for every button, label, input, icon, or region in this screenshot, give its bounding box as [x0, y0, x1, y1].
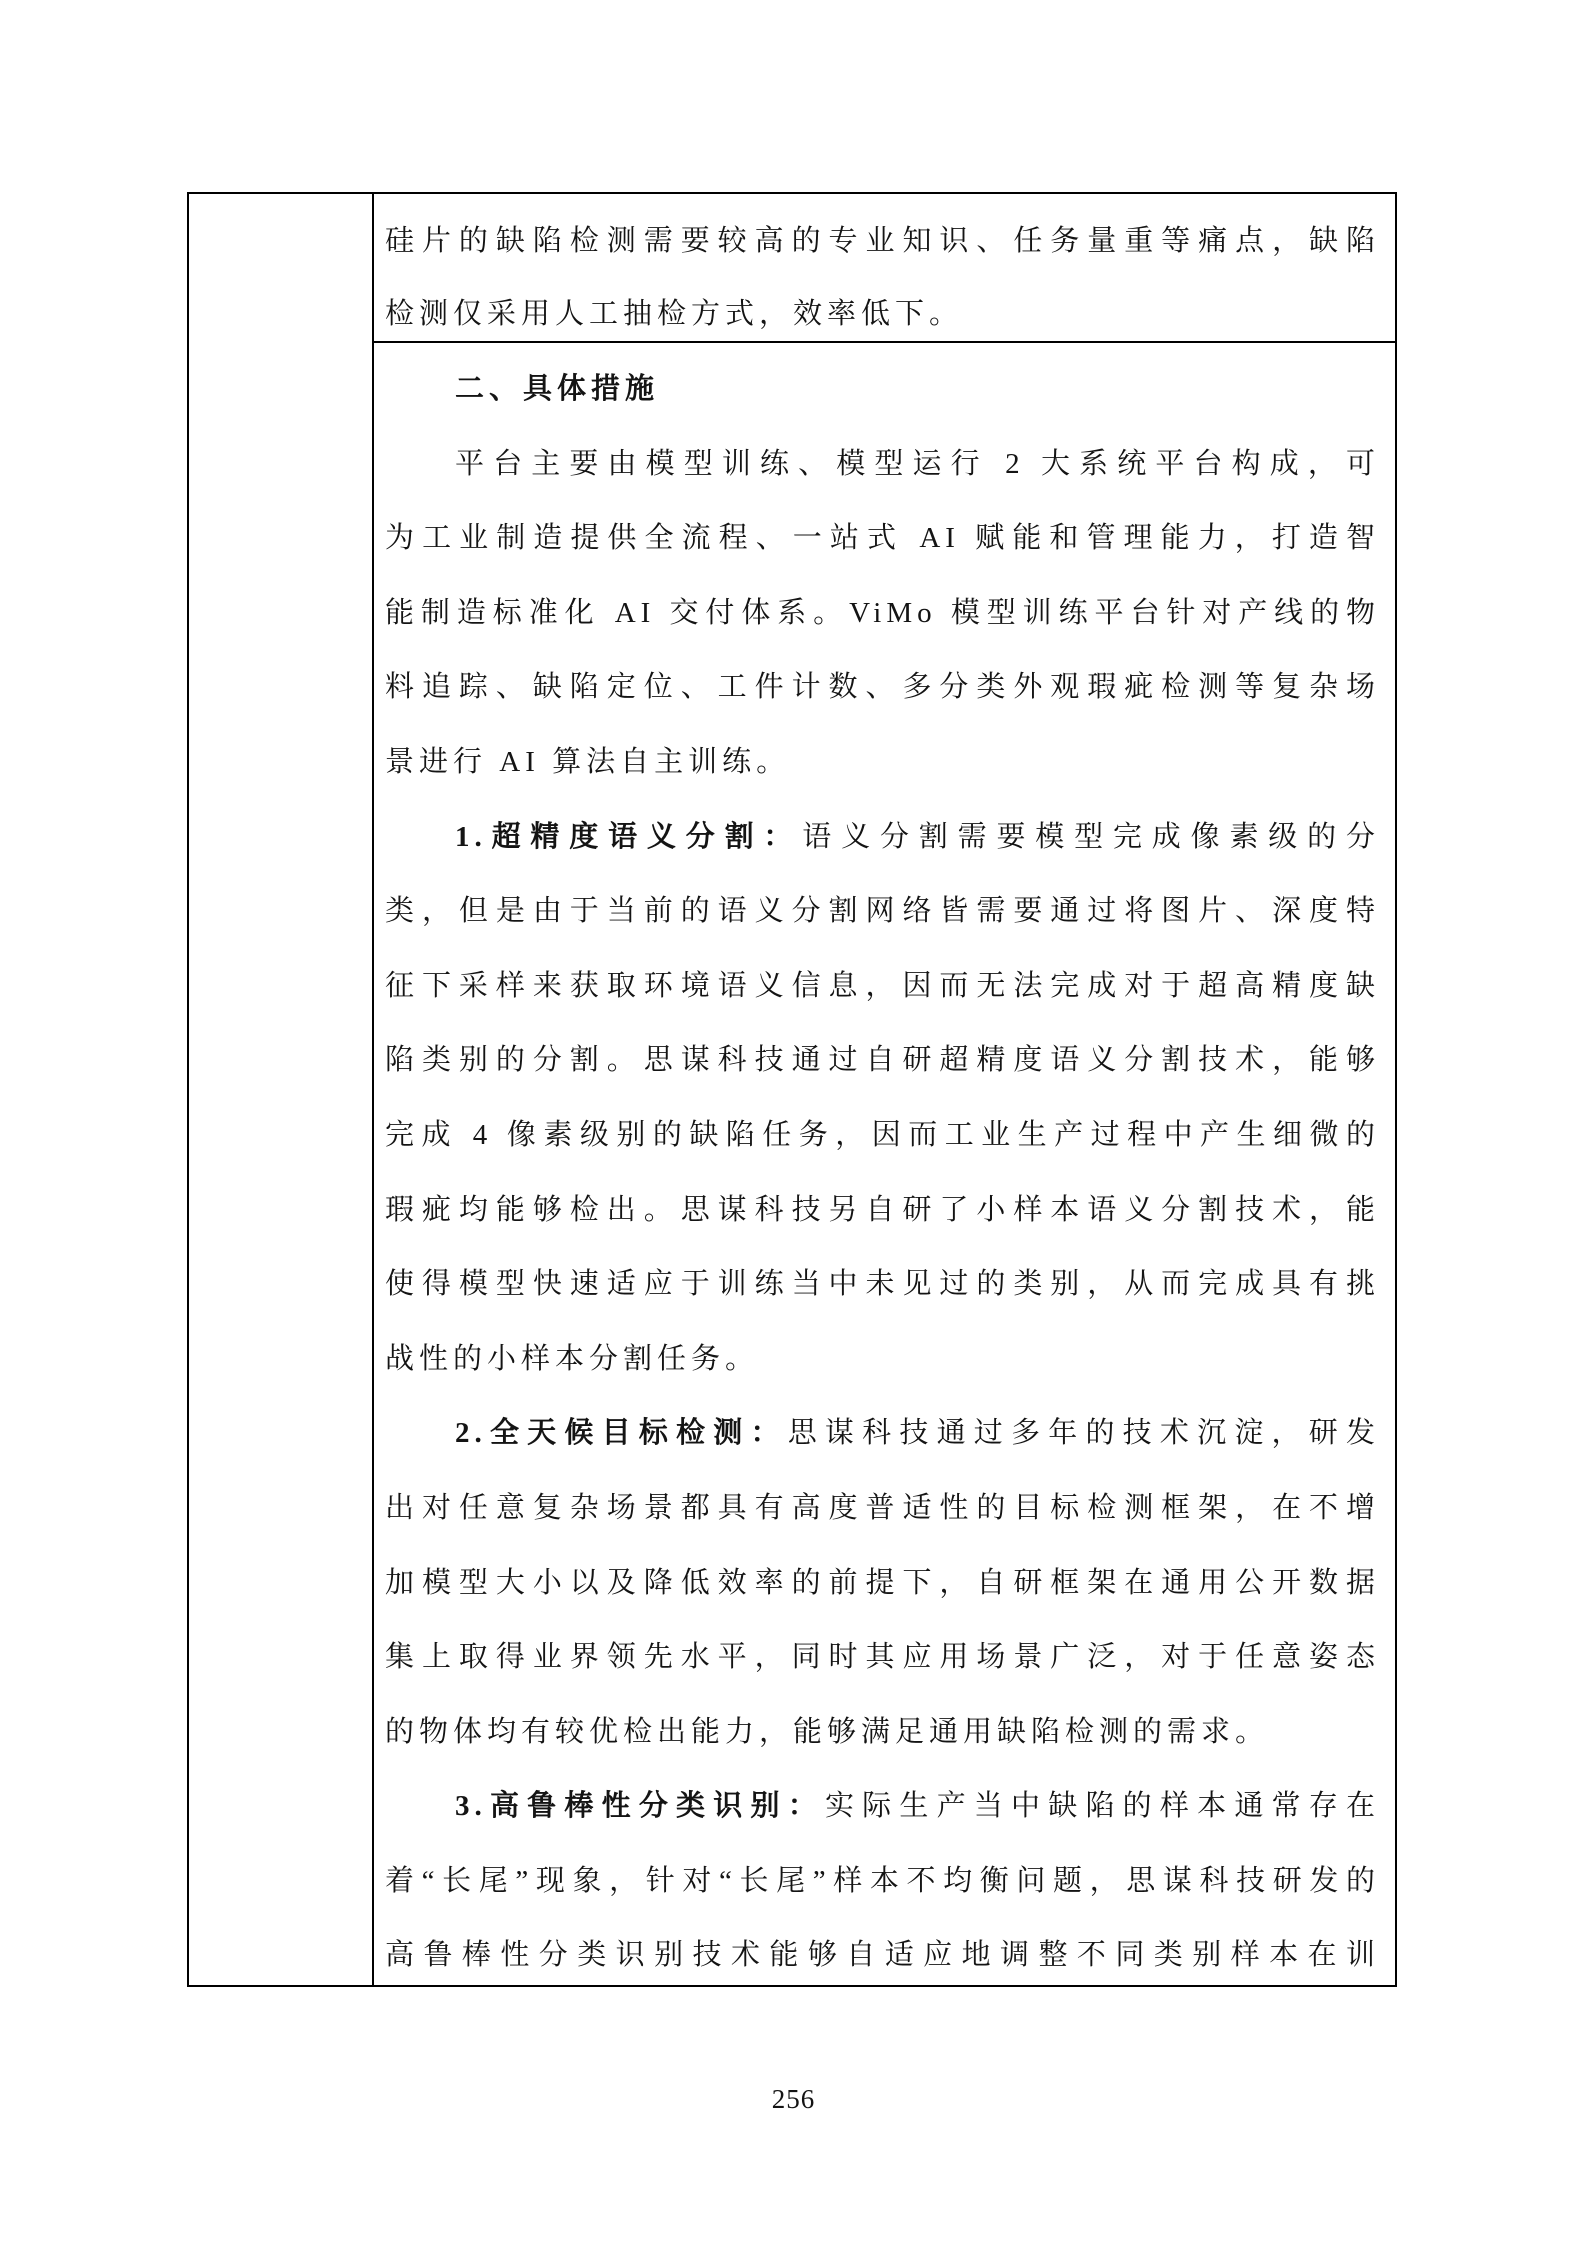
item-3-heading: 3.高鲁棒性分类识别：: [455, 1790, 825, 1822]
text-line: 1.超精度语义分割：语义分割需要模型完成像素级的分: [385, 800, 1380, 875]
section-heading: 二、具体措施: [385, 352, 1380, 427]
text-line: 完成 4 像素级别的缺陷任务，因而工业生产过程中产生细微的: [385, 1098, 1380, 1173]
section-heading-text: 二、具体措施: [455, 373, 659, 405]
text-run: 思谋科技通过多年的技术沉淀，研发: [788, 1417, 1380, 1449]
text-line: 类，但是由于当前的语义分割网络皆需要通过将图片、深度特: [385, 874, 1380, 949]
text-line: 能制造标准化 AI 交付体系。ViMo 模型训练平台针对产线的物: [385, 576, 1380, 651]
text-line: 陷类别的分割。思谋科技通过自研超精度语义分割技术，能够: [385, 1023, 1380, 1098]
text-line: 高鲁棒性分类识别技术能够自适应地调整不同类别样本在训: [385, 1918, 1380, 1985]
text-line: 出对任意复杂场景都具有高度普适性的目标检测框架，在不增: [385, 1471, 1380, 1546]
table-row-pain-points: 硅片的缺陷检测需要较高的专业知识、任务量重等痛点，缺陷 检测仅采用人工抽检方式，…: [374, 194, 1395, 343]
item-2-heading: 2.全天候目标检测：: [455, 1417, 788, 1449]
text-line: 2.全天候目标检测：思谋科技通过多年的技术沉淀，研发: [385, 1396, 1380, 1471]
text-line: 着“长尾”现象，针对“长尾”样本不均衡问题，思谋科技研发的: [385, 1844, 1380, 1919]
text-run: 语义分割需要模型完成像素级的分: [802, 821, 1380, 853]
text-line: 硅片的缺陷检测需要较高的专业知识、任务量重等痛点，缺陷: [385, 205, 1380, 278]
text-line: 平台主要由模型训练、模型运行 2 大系统平台构成，可: [385, 427, 1380, 502]
table-left-cell-empty: [189, 194, 374, 1985]
text-line: 加模型大小以及降低效率的前提下，自研框架在通用公开数据: [385, 1546, 1380, 1621]
text-line: 为工业制造提供全流程、一站式 AI 赋能和管理能力，打造智: [385, 501, 1380, 576]
text-line: 3.高鲁棒性分类识别：实际生产当中缺陷的样本通常存在: [385, 1769, 1380, 1844]
table-right-column: 硅片的缺陷检测需要较高的专业知识、任务量重等痛点，缺陷 检测仅采用人工抽检方式，…: [374, 194, 1395, 1985]
text-line: 景进行 AI 算法自主训练。: [385, 725, 1380, 800]
text-line: 集上取得业界领先水平，同时其应用场景广泛，对于任意姿态: [385, 1620, 1380, 1695]
text-line: 瑕疵均能够检出。思谋科技另自研了小样本语义分割技术，能: [385, 1173, 1380, 1248]
text-line: 检测仅采用人工抽检方式，效率低下。: [385, 278, 1380, 343]
page-number: 256: [0, 2084, 1587, 2115]
text-line: 使得模型快速适应于训练当中未见过的类别，从而完成具有挑: [385, 1247, 1380, 1322]
document-table: 硅片的缺陷检测需要较高的专业知识、任务量重等痛点，缺陷 检测仅采用人工抽检方式，…: [187, 192, 1397, 1987]
text-line: 征下采样来获取环境语义信息，因而无法完成对于超高精度缺: [385, 949, 1380, 1024]
item-1-heading: 1.超精度语义分割：: [455, 821, 802, 853]
text-line: 料追踪、缺陷定位、工件计数、多分类外观瑕疵检测等复杂场: [385, 650, 1380, 725]
table-row-measures: 二、具体措施 平台主要由模型训练、模型运行 2 大系统平台构成，可 为工业制造提…: [374, 343, 1395, 1985]
text-run: 实际生产当中缺陷的样本通常存在: [825, 1790, 1380, 1822]
text-line: 的物体均有较优检出能力，能够满足通用缺陷检测的需求。: [385, 1695, 1380, 1770]
text-line: 战性的小样本分割任务。: [385, 1322, 1380, 1397]
